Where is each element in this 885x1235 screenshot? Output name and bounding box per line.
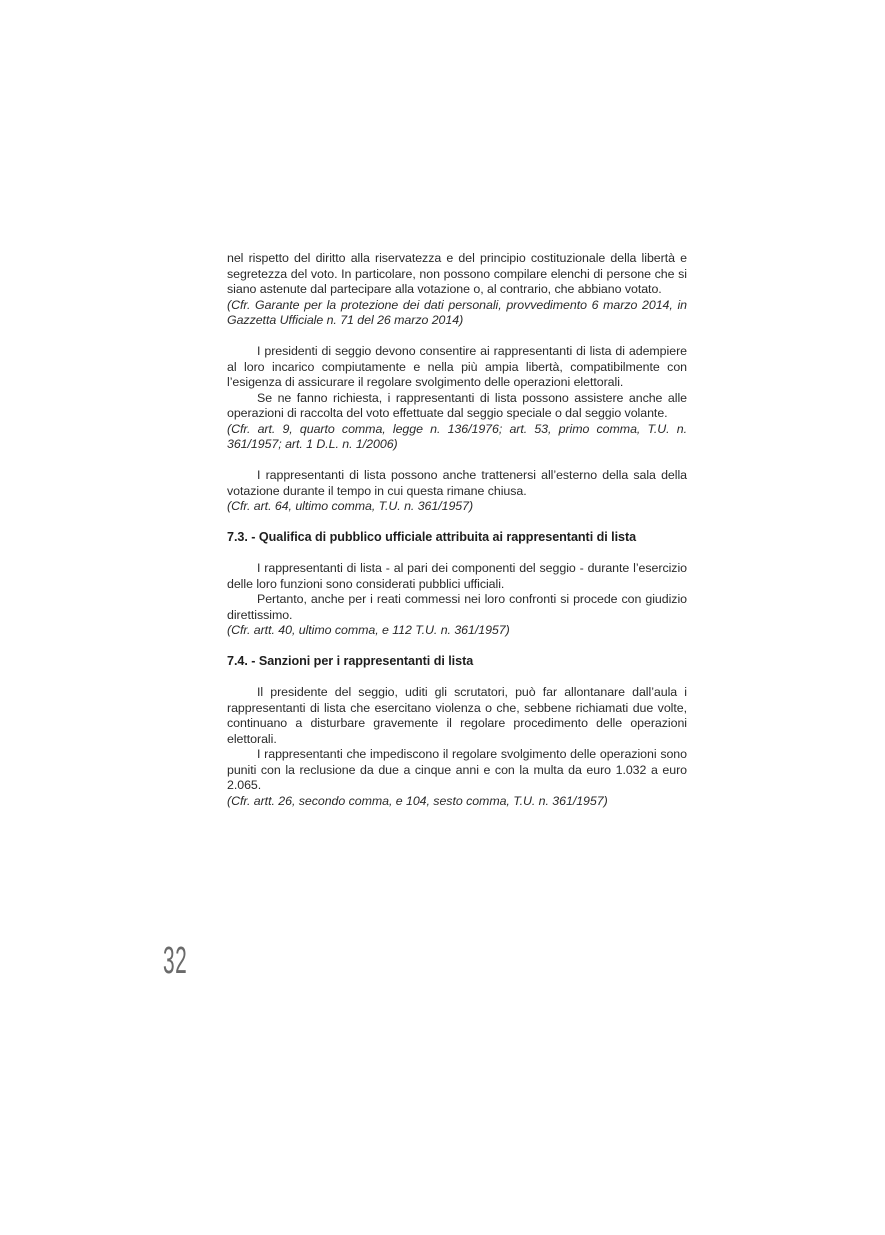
section-heading: 7.4. - Sanzioni per i rappresentanti di … [227, 654, 687, 670]
citation: (Cfr. art. 64, ultimo comma, T.U. n. 361… [227, 499, 687, 515]
privacy-block: nel rispetto del diritto alla riservatez… [227, 251, 687, 329]
body-paragraph: I rappresentanti di lista possono anche … [227, 468, 687, 499]
body-paragraph: Se ne fanno richiesta, i rappresentanti … [227, 391, 687, 422]
section-heading: 7.3. - Qualifica di pubblico ufficiale a… [227, 530, 687, 546]
body-paragraph: Il presidente del seggio, uditi gli scru… [227, 685, 687, 747]
citation: (Cfr. artt. 40, ultimo comma, e 112 T.U.… [227, 623, 687, 639]
body-paragraph: I rappresentanti di lista - al pari dei … [227, 561, 687, 592]
body-paragraph: nel rispetto del diritto alla riservatez… [227, 251, 687, 298]
citation: (Cfr. Garante per la protezione dei dati… [227, 298, 687, 329]
section-7-4: 7.4. - Sanzioni per i rappresentanti di … [227, 654, 687, 809]
section-7-3: 7.3. - Qualifica di pubblico ufficiale a… [227, 530, 687, 639]
page-number: 32 [163, 942, 187, 980]
body-paragraph: I presidenti di seggio devono consentire… [227, 344, 687, 391]
citation: (Cfr. art. 9, quarto comma, legge n. 136… [227, 422, 687, 453]
page-body: nel rispetto del diritto alla riservatez… [227, 251, 687, 825]
body-paragraph: Pertanto, anche per i reati commessi nei… [227, 592, 687, 623]
outside-room-block: I rappresentanti di lista possono anche … [227, 468, 687, 515]
presidents-block: I presidenti di seggio devono consentire… [227, 344, 687, 453]
citation: (Cfr. artt. 26, secondo comma, e 104, se… [227, 794, 687, 810]
body-paragraph: I rappresentanti che impediscono il rego… [227, 747, 687, 794]
